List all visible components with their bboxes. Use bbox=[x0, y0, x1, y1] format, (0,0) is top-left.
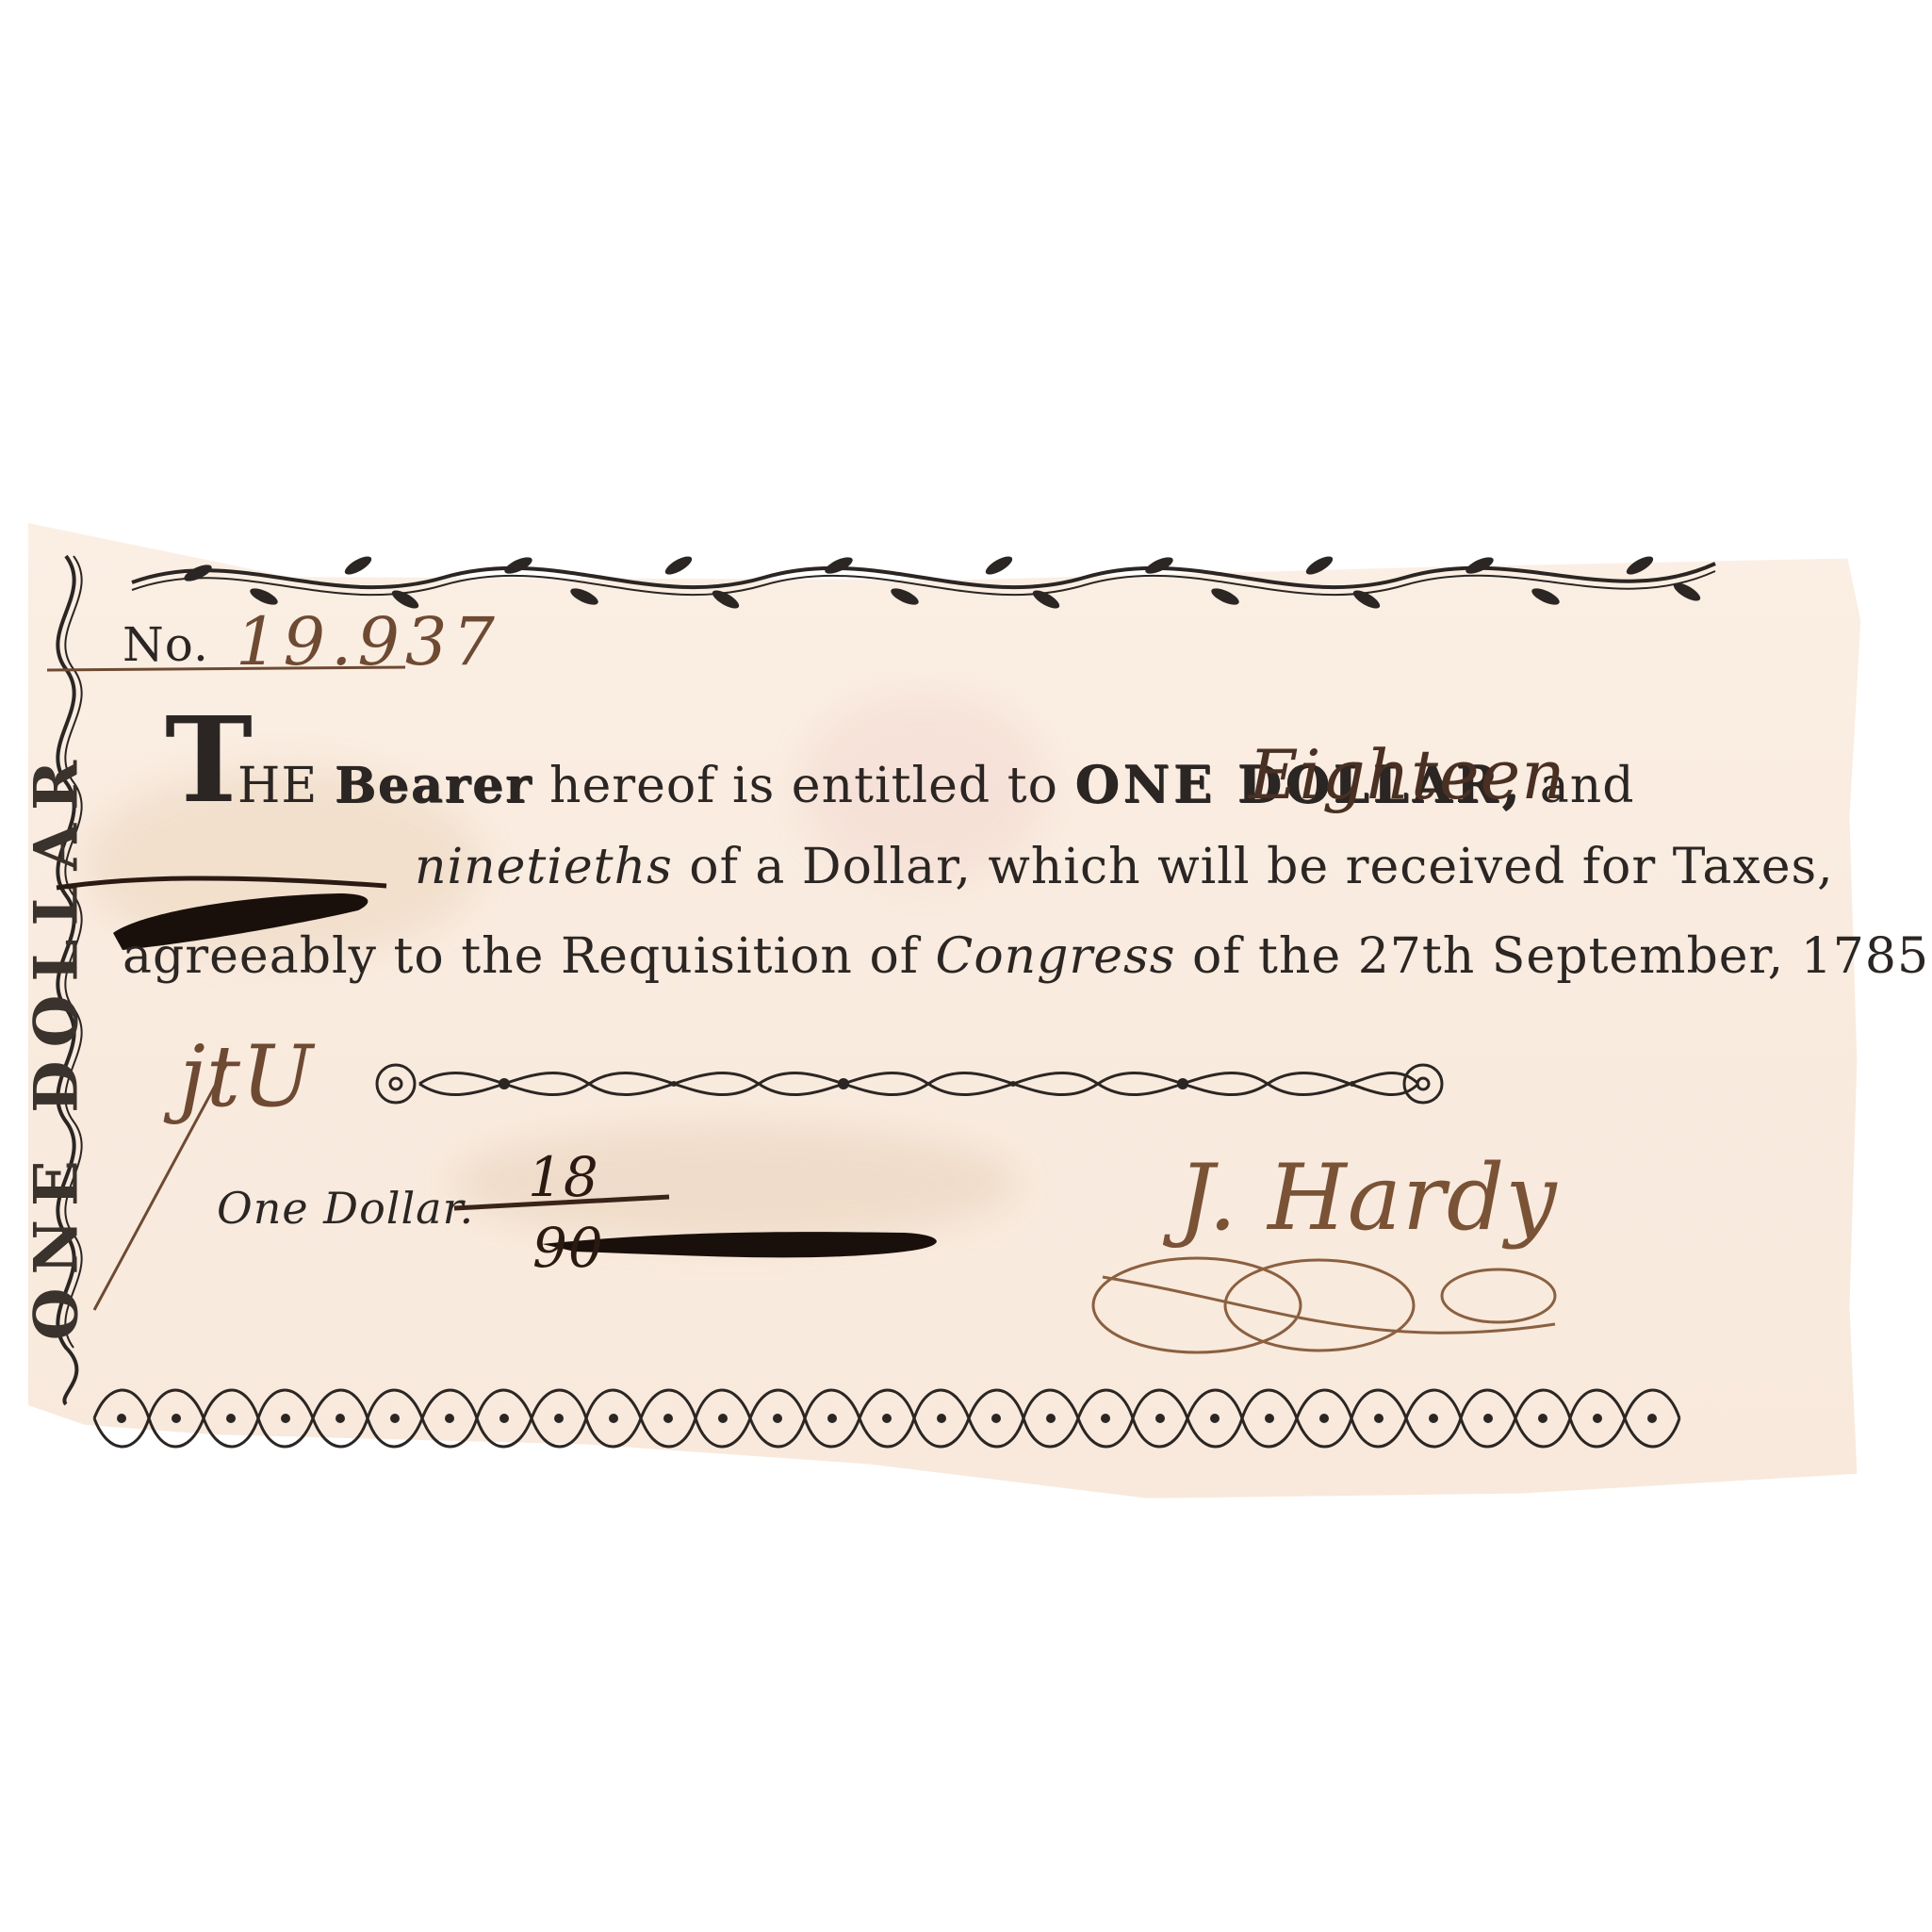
top-vine-border-ornament bbox=[123, 545, 1725, 611]
handwritten-eighteen: Eighteen bbox=[1249, 735, 1566, 814]
line3-text: agreeably to the Requisition of bbox=[123, 928, 919, 985]
denomination-denominator: 90 bbox=[532, 1216, 604, 1280]
line1-text: hereof is entitled to bbox=[549, 758, 1058, 814]
serial-label: No. bbox=[123, 617, 209, 672]
congress-word: Congress bbox=[936, 928, 1176, 985]
signature-hardy: J. Hardy bbox=[1178, 1145, 1558, 1251]
side-border-text: ONE DOLLAR bbox=[22, 677, 92, 1412]
ninetieths-word: ninetieths bbox=[415, 839, 673, 895]
bottom-guilloche-border-ornament bbox=[94, 1381, 1734, 1456]
denomination-label: One Dollar. bbox=[217, 1183, 474, 1234]
bearer-word: Bearer bbox=[335, 757, 533, 814]
serial-underline-stroke bbox=[47, 665, 424, 675]
signature-flourish bbox=[1084, 1249, 1574, 1362]
fraction-bar-and-blot bbox=[452, 1197, 980, 1282]
line2-text: of a Dollar, which will be received for … bbox=[689, 839, 1833, 895]
middle-chain-ornament bbox=[372, 1051, 1447, 1117]
line3-date: of the 27th September, 1785. bbox=[1192, 928, 1932, 985]
diagonal-pen-stroke bbox=[85, 1065, 236, 1319]
line1-he: HE bbox=[237, 758, 318, 814]
